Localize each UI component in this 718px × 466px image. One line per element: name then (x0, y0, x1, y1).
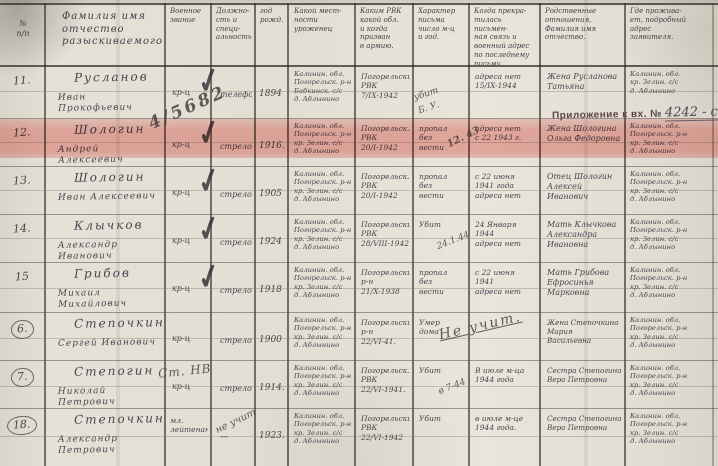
relative-cell: Мать Грибова Ефросинья Марковна (541, 262, 622, 312)
row-number-value: 7. (10, 367, 34, 387)
table-row: 15 ГрибовМихаил Михайлович кр-ц ✓ стрело… (0, 262, 718, 312)
contact-cell: адреса нет 15/IX-1944 (470, 66, 537, 118)
row-number: 13. (0, 166, 44, 214)
given-names: Иван Алексеевич (58, 191, 162, 204)
surname: Степочкин (74, 411, 162, 428)
birthplace-cell: Калинин. обл. Погорельск. р-н кр. Зелин.… (290, 360, 352, 408)
table-row: 18. СтепочкинАлександр Петрович мл. лейт… (0, 408, 718, 466)
surname: Степочкин (74, 315, 162, 332)
birthplace-cell: Калинин. обл. Погорельск. р-н кр. Зелин.… (290, 214, 352, 262)
header-cell-rvk: Каким РВК какой обл. и когда призван в а… (356, 3, 410, 65)
year-cell: 1923. (256, 408, 285, 466)
table-row: 7. СтепогинНиколай Петрович кр-ц стрелок… (0, 360, 718, 408)
table-row: 14. КлычковАлександр Иванович кр-ц ✓ стр… (0, 214, 718, 262)
surname: Клычков (74, 217, 162, 234)
rvk-cell: Погорельск. РВК 20/I-1942 (356, 166, 410, 214)
relative-cell: Отец Шологин Алексей Иванович (541, 166, 622, 214)
year-cell: 1924 (256, 214, 285, 262)
relative-cell: Жена Степочкина Мария Васильевна (541, 312, 622, 360)
row-number-value: 11. (13, 73, 31, 88)
birthplace-cell: Калинин. обл. Погорельск. р-н кр. Зелин.… (290, 166, 352, 214)
header-cell-rank: Военное звание (166, 3, 208, 65)
address-cell: Калинин. обл. Погорельск. р-н кр. Зелин.… (626, 408, 716, 466)
header-cell-year: год рожд. (256, 3, 285, 65)
address-cell: Калинин. обл. Погорельск. р-н кр. Зелин.… (626, 360, 716, 408)
address-cell: Калинин. обл. Погорельск. р-н кр. Зелин.… (626, 312, 716, 360)
rvk-cell: Погорельским р-н 21/X-1938 (356, 262, 410, 312)
contact-cell: 24 Января 1944 адреса нет (470, 214, 537, 262)
relative-cell: Мать Клычкова Александра Ивановна (541, 214, 622, 262)
row-number-value: 6. (10, 319, 34, 339)
row-number-value: 14. (13, 221, 31, 236)
year-cell: 1900 (256, 312, 285, 360)
search-result-highlight (0, 119, 718, 158)
row-number: 6. (0, 312, 44, 360)
row-number-value: 18. (7, 415, 38, 436)
row-number: 7. (0, 360, 44, 408)
given-names: Александр Петрович (58, 433, 162, 457)
contact-cell: в июле м-це 1944 года. (470, 408, 537, 466)
row-number: 14. (0, 214, 44, 262)
row-number: 15 (0, 262, 44, 312)
header-cell-address: Где прожива- ет, подробный адрес заявите… (626, 3, 716, 65)
rvk-cell: Погорельским р-н 22/VI-41. (356, 312, 410, 360)
relative-cell: Сестра Степогина Вера Петровна (541, 408, 622, 466)
name-cell: СтепочкинАлександр Петрович (48, 408, 162, 466)
row-number-value: 13. (13, 173, 31, 188)
year-cell: 1914. (256, 360, 285, 408)
birthplace-cell: Калинин. обл. Погорельск. р-н кр. Зелин.… (290, 408, 352, 466)
rvk-cell: Погорельским РВК 22/VI-1942 (356, 408, 410, 466)
surname: Грибов (74, 265, 162, 282)
duty-cell: стрелок (212, 166, 252, 214)
name-cell: РуслановИван Прокофьевич (48, 66, 162, 118)
row-number-value: 15 (15, 270, 30, 285)
birthplace-cell: Калинин. обл. Погорельск. р-н кр. Зелин.… (290, 312, 352, 360)
year-cell: 1894 (256, 66, 285, 118)
birthplace-cell: Калинин. обл. Погорельск. р-н Бабкинск. … (290, 66, 352, 118)
header-cell-relative: Родственные отношения, Фамилия имя отчес… (541, 3, 622, 65)
letter-cell: пропал без вести (414, 166, 466, 214)
header-cell-birthplace: Какой мест- ности уроженец (290, 3, 352, 65)
contact-cell: с 22 июня 1941 адреса нет (470, 262, 537, 312)
row-number: 11. (0, 66, 44, 118)
table-row: 6. СтепочкинСергей Иванович кр-ц стрелок… (0, 312, 718, 360)
header-cell-contact: Когда прекра- тилась письмен- ная связь … (470, 3, 537, 65)
header-cell-duty: Должно- сть и специ- альность (212, 3, 252, 65)
rvk-cell: Погорельским РВК 28/VIII-1942 (356, 214, 410, 262)
year-cell: 1918 (256, 262, 285, 312)
rvk-cell: Погорельск. РВК 22/VI-1941. (356, 360, 410, 408)
duty-cell: стрелок (212, 262, 252, 312)
row-number: 18. (0, 408, 44, 466)
stamp-label: Приложение к вх. № (552, 109, 662, 122)
header-cell-letter: Характер письма число м-ц и год. (414, 3, 466, 65)
table-header-row: № п/п Фамилия имя отчество разыскиваемог… (0, 3, 718, 65)
given-names: Александр Иванович (58, 239, 162, 262)
name-cell: СтепочкинСергей Иванович (48, 312, 162, 360)
letter-cell: пропал без вести (414, 262, 466, 312)
surname: Шологин (74, 169, 162, 186)
relative-cell: Сестра Степогина Вера Петровна (541, 360, 622, 408)
given-names: Сергей Иванович (58, 337, 162, 350)
registration-stamp: Приложение к вх. № 4242 - с (552, 105, 718, 124)
duty-cell: стрелок (212, 214, 252, 262)
given-names: Николай Петрович (58, 385, 162, 408)
stamp-number: 4242 - с (665, 105, 718, 122)
table-row: 13. ШологинИван Алексеевич кр-ц ✓ стрело… (0, 166, 718, 214)
surname: Степогин (74, 363, 162, 380)
header-cell-name: Фамилия имя отчество разыскиваемого (48, 3, 162, 65)
duty-cell: стрелок (212, 312, 252, 360)
surname: Русланов (74, 69, 162, 86)
rank-cell: кр-ц (166, 312, 208, 360)
document-scan: № п/п Фамилия имя отчество разыскиваемог… (0, 0, 718, 466)
rvk-cell: Погорельским РВК 7/IX-1942 (356, 66, 410, 118)
name-cell: ГрибовМихаил Михайлович (48, 262, 162, 312)
letter-cell: Убит (414, 408, 466, 466)
given-names: Михаил Михайлович (58, 287, 162, 311)
name-cell: КлычковАлександр Иванович (48, 214, 162, 262)
given-names: Иван Прокофьевич (58, 91, 162, 115)
duty-cell: стрелок (212, 360, 252, 408)
contact-cell: с 22 июня 1941 года адреса нет (470, 166, 537, 214)
year-cell: 1905 (256, 166, 285, 214)
address-cell: Калинин. обл. Погорельск. р-н кр. Зелин.… (626, 214, 716, 262)
address-cell: Калинин. обл. Погорельск. р-н кр. Зелин.… (626, 166, 716, 214)
address-cell: Калинин. обл. Погорельск. р-н кр. Зелин.… (626, 262, 716, 312)
rank-cell: мл. лейтенант. (166, 408, 208, 466)
birthplace-cell: Калинин. обл. Погорельск. р-н кр. Зелин.… (290, 262, 352, 312)
name-cell: СтепогинНиколай Петрович (48, 360, 162, 408)
contact-cell: В июле м-ца 1944 года (470, 360, 537, 408)
header-cell-num: № п/п (0, 3, 44, 65)
name-cell: ШологинИван Алексеевич (48, 166, 162, 214)
